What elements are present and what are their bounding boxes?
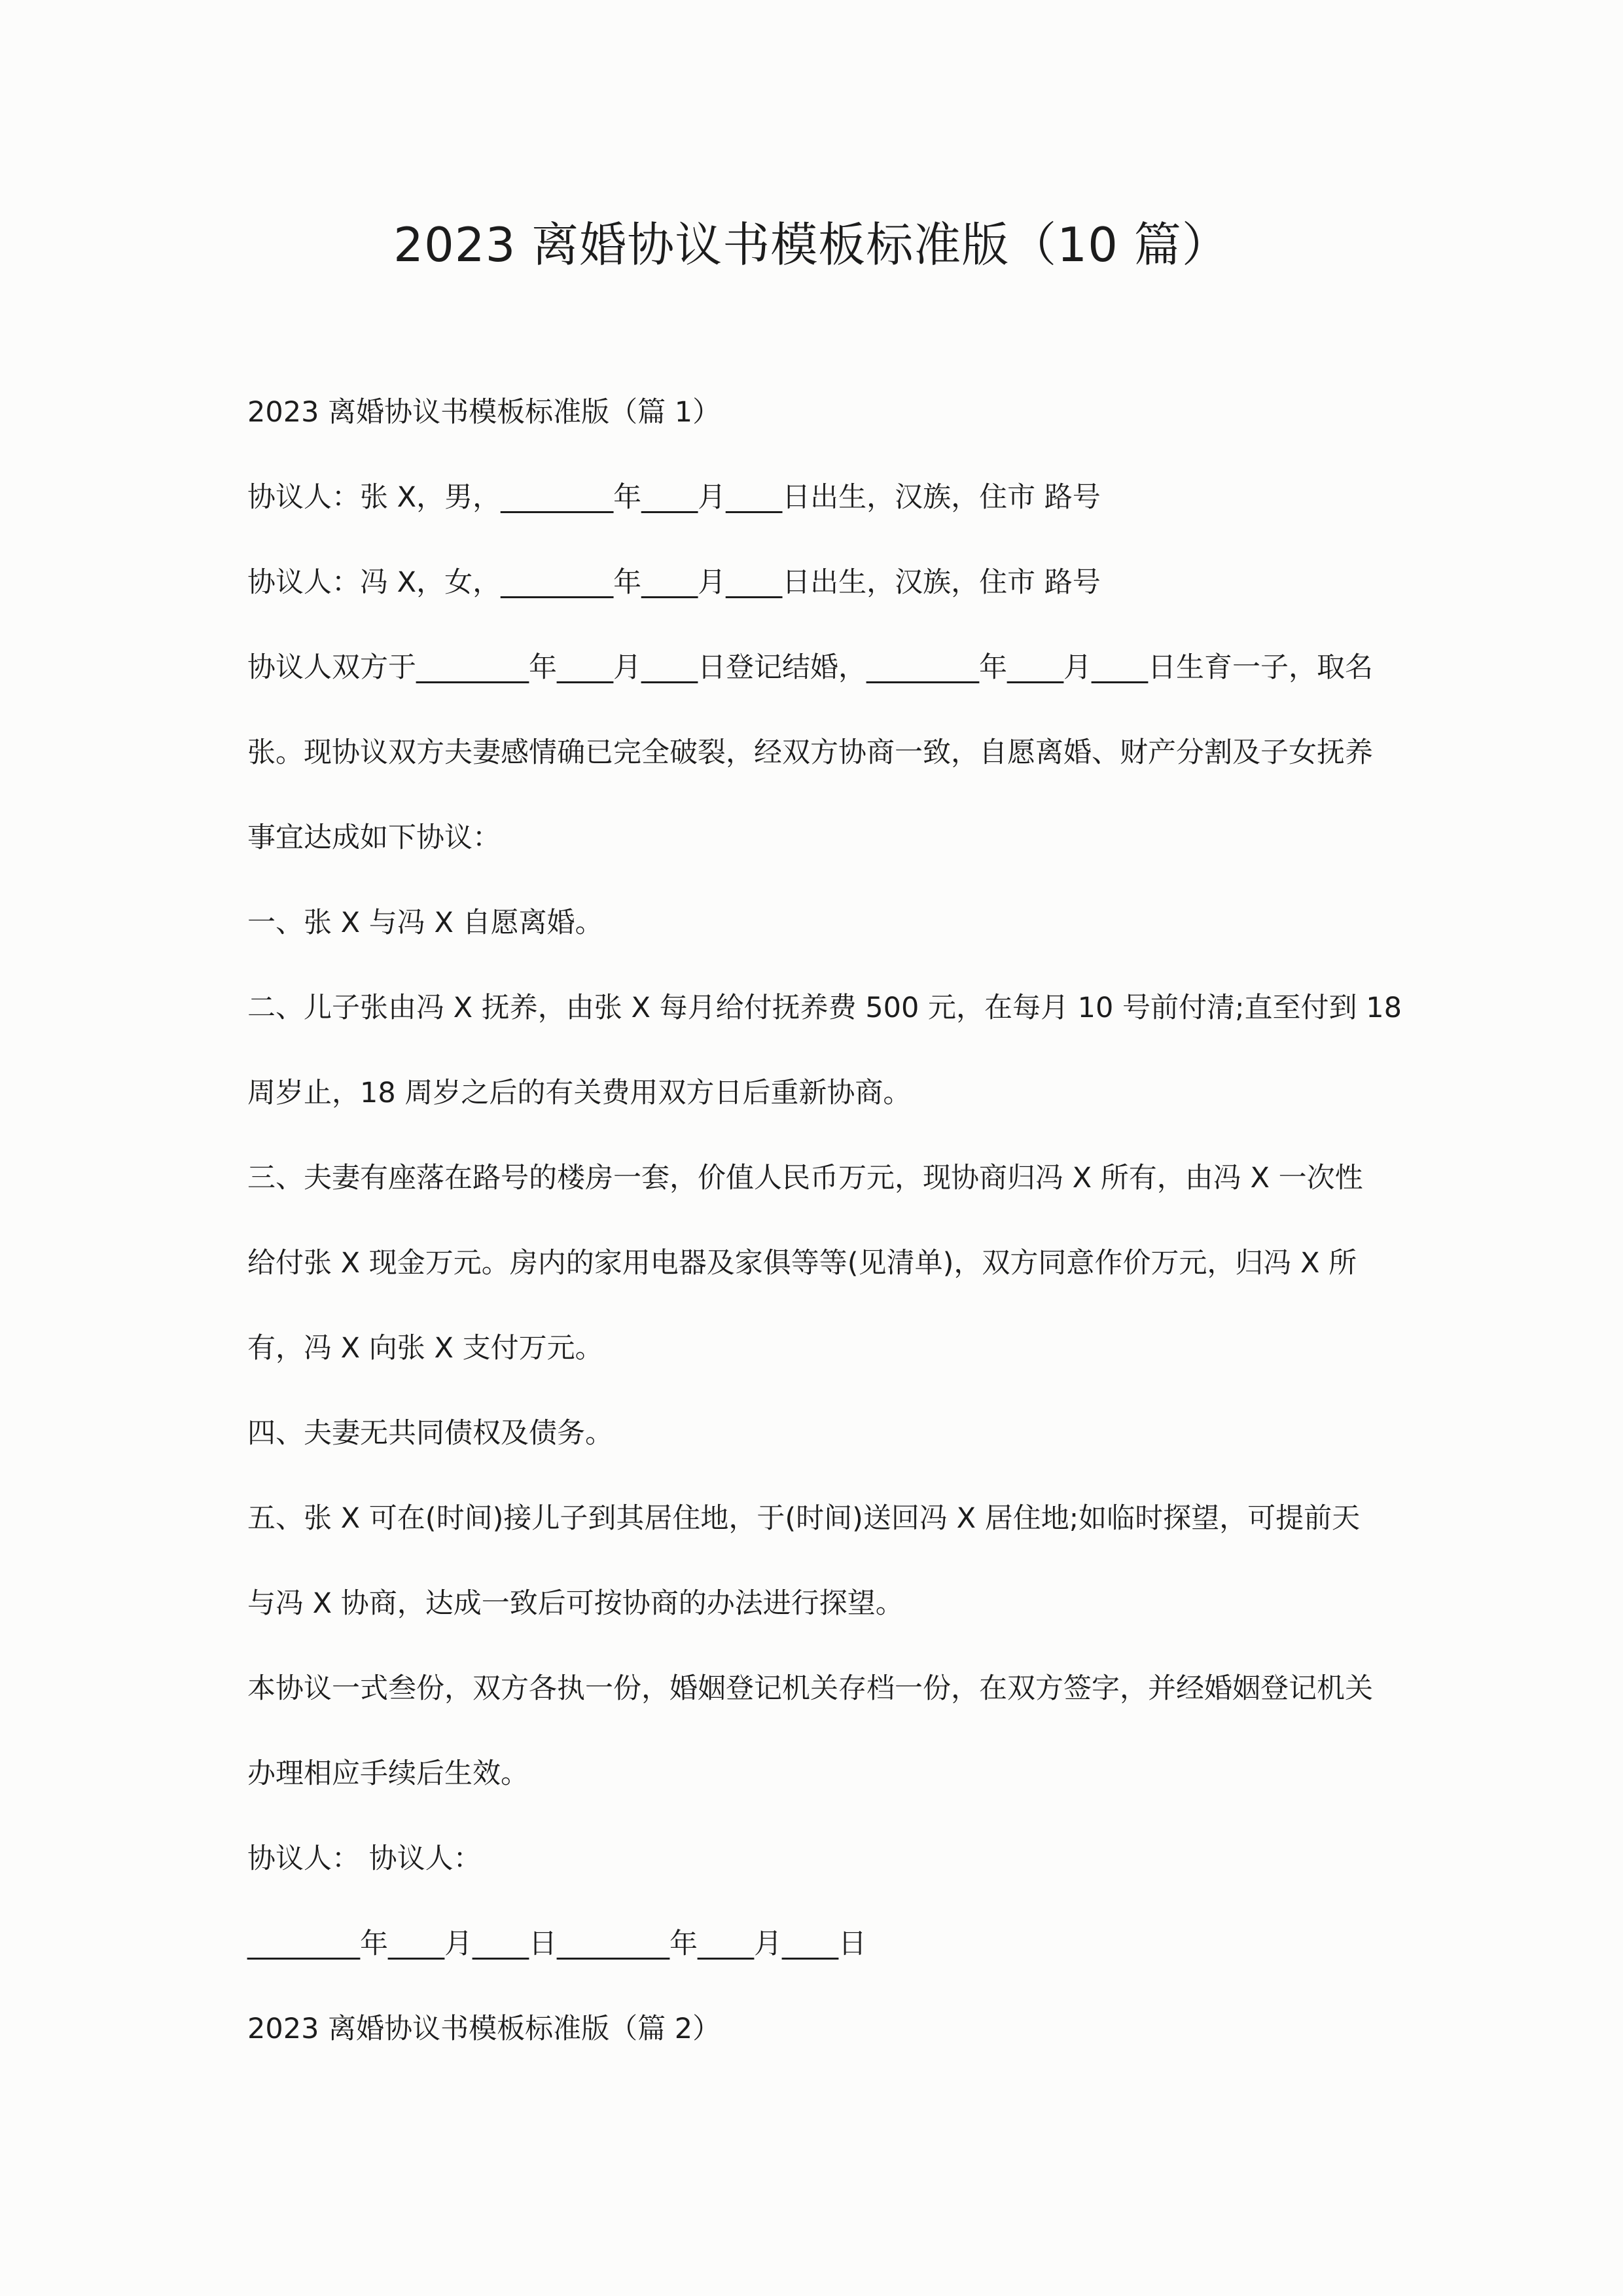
document-line: 协议人双方于________年____月____日登记结婚，________年_… — [247, 625, 1376, 710]
document-line: 周岁止，18 周岁之后的有关费用双方日后重新协商。 — [247, 1050, 1376, 1136]
document-line: 本协议一式叁份，双方各执一份，婚姻登记机关存档一份，在双方签字，并经婚姻登记机关 — [247, 1646, 1376, 1731]
document-line: 有，冯 X 向张 X 支付万元。 — [247, 1306, 1376, 1391]
document-line: 一、张 X 与冯 X 自愿离婚。 — [247, 880, 1376, 965]
document-line: 办理相应手续后生效。 — [247, 1731, 1376, 1816]
document-line: ________年____月____日________年____月____日 — [247, 1901, 1376, 1986]
document-line: 张。现协议双方夫妻感情确已完全破裂，经双方协商一致，自愿离婚、财产分割及子女抚养 — [247, 710, 1376, 795]
document-line: 与冯 X 协商，达成一致后可按协商的办法进行探望。 — [247, 1561, 1376, 1646]
document-line: 协议人：张 X，男，________年____月____日出生，汉族，住市 路号 — [247, 455, 1376, 540]
document-line: 2023 离婚协议书模板标准版（篇 1） — [247, 370, 1376, 455]
document-line: 五、张 X 可在(时间)接儿子到其居住地，于(时间)送回冯 X 居住地;如临时探… — [247, 1476, 1376, 1561]
document-line: 协议人：冯 X，女，________年____月____日出生，汉族，住市 路号 — [247, 540, 1376, 625]
document-line: 三、夫妻有座落在路号的楼房一套，价值人民币万元，现协商归冯 X 所有，由冯 X … — [247, 1136, 1376, 1221]
document-title: 2023 离婚协议书模板标准版（10 篇） — [0, 217, 1623, 272]
document-line: 事宜达成如下协议： — [247, 795, 1376, 880]
document-line: 四、夫妻无共同债权及债务。 — [247, 1391, 1376, 1476]
document-body: 2023 离婚协议书模板标准版（篇 1）协议人：张 X，男，________年_… — [247, 370, 1376, 2072]
document-line: 协议人： 协议人： — [247, 1816, 1376, 1901]
document-line: 2023 离婚协议书模板标准版（篇 2） — [247, 1986, 1376, 2072]
document-page: 2023 离婚协议书模板标准版（10 篇） 2023 离婚协议书模板标准版（篇 … — [0, 0, 1623, 2296]
document-line: 二、儿子张由冯 X 抚养，由张 X 每月给付抚养费 500 元，在每月 10 号… — [247, 965, 1376, 1050]
document-line: 给付张 X 现金万元。房内的家用电器及家俱等等(见清单)，双方同意作价万元，归冯… — [247, 1221, 1376, 1306]
